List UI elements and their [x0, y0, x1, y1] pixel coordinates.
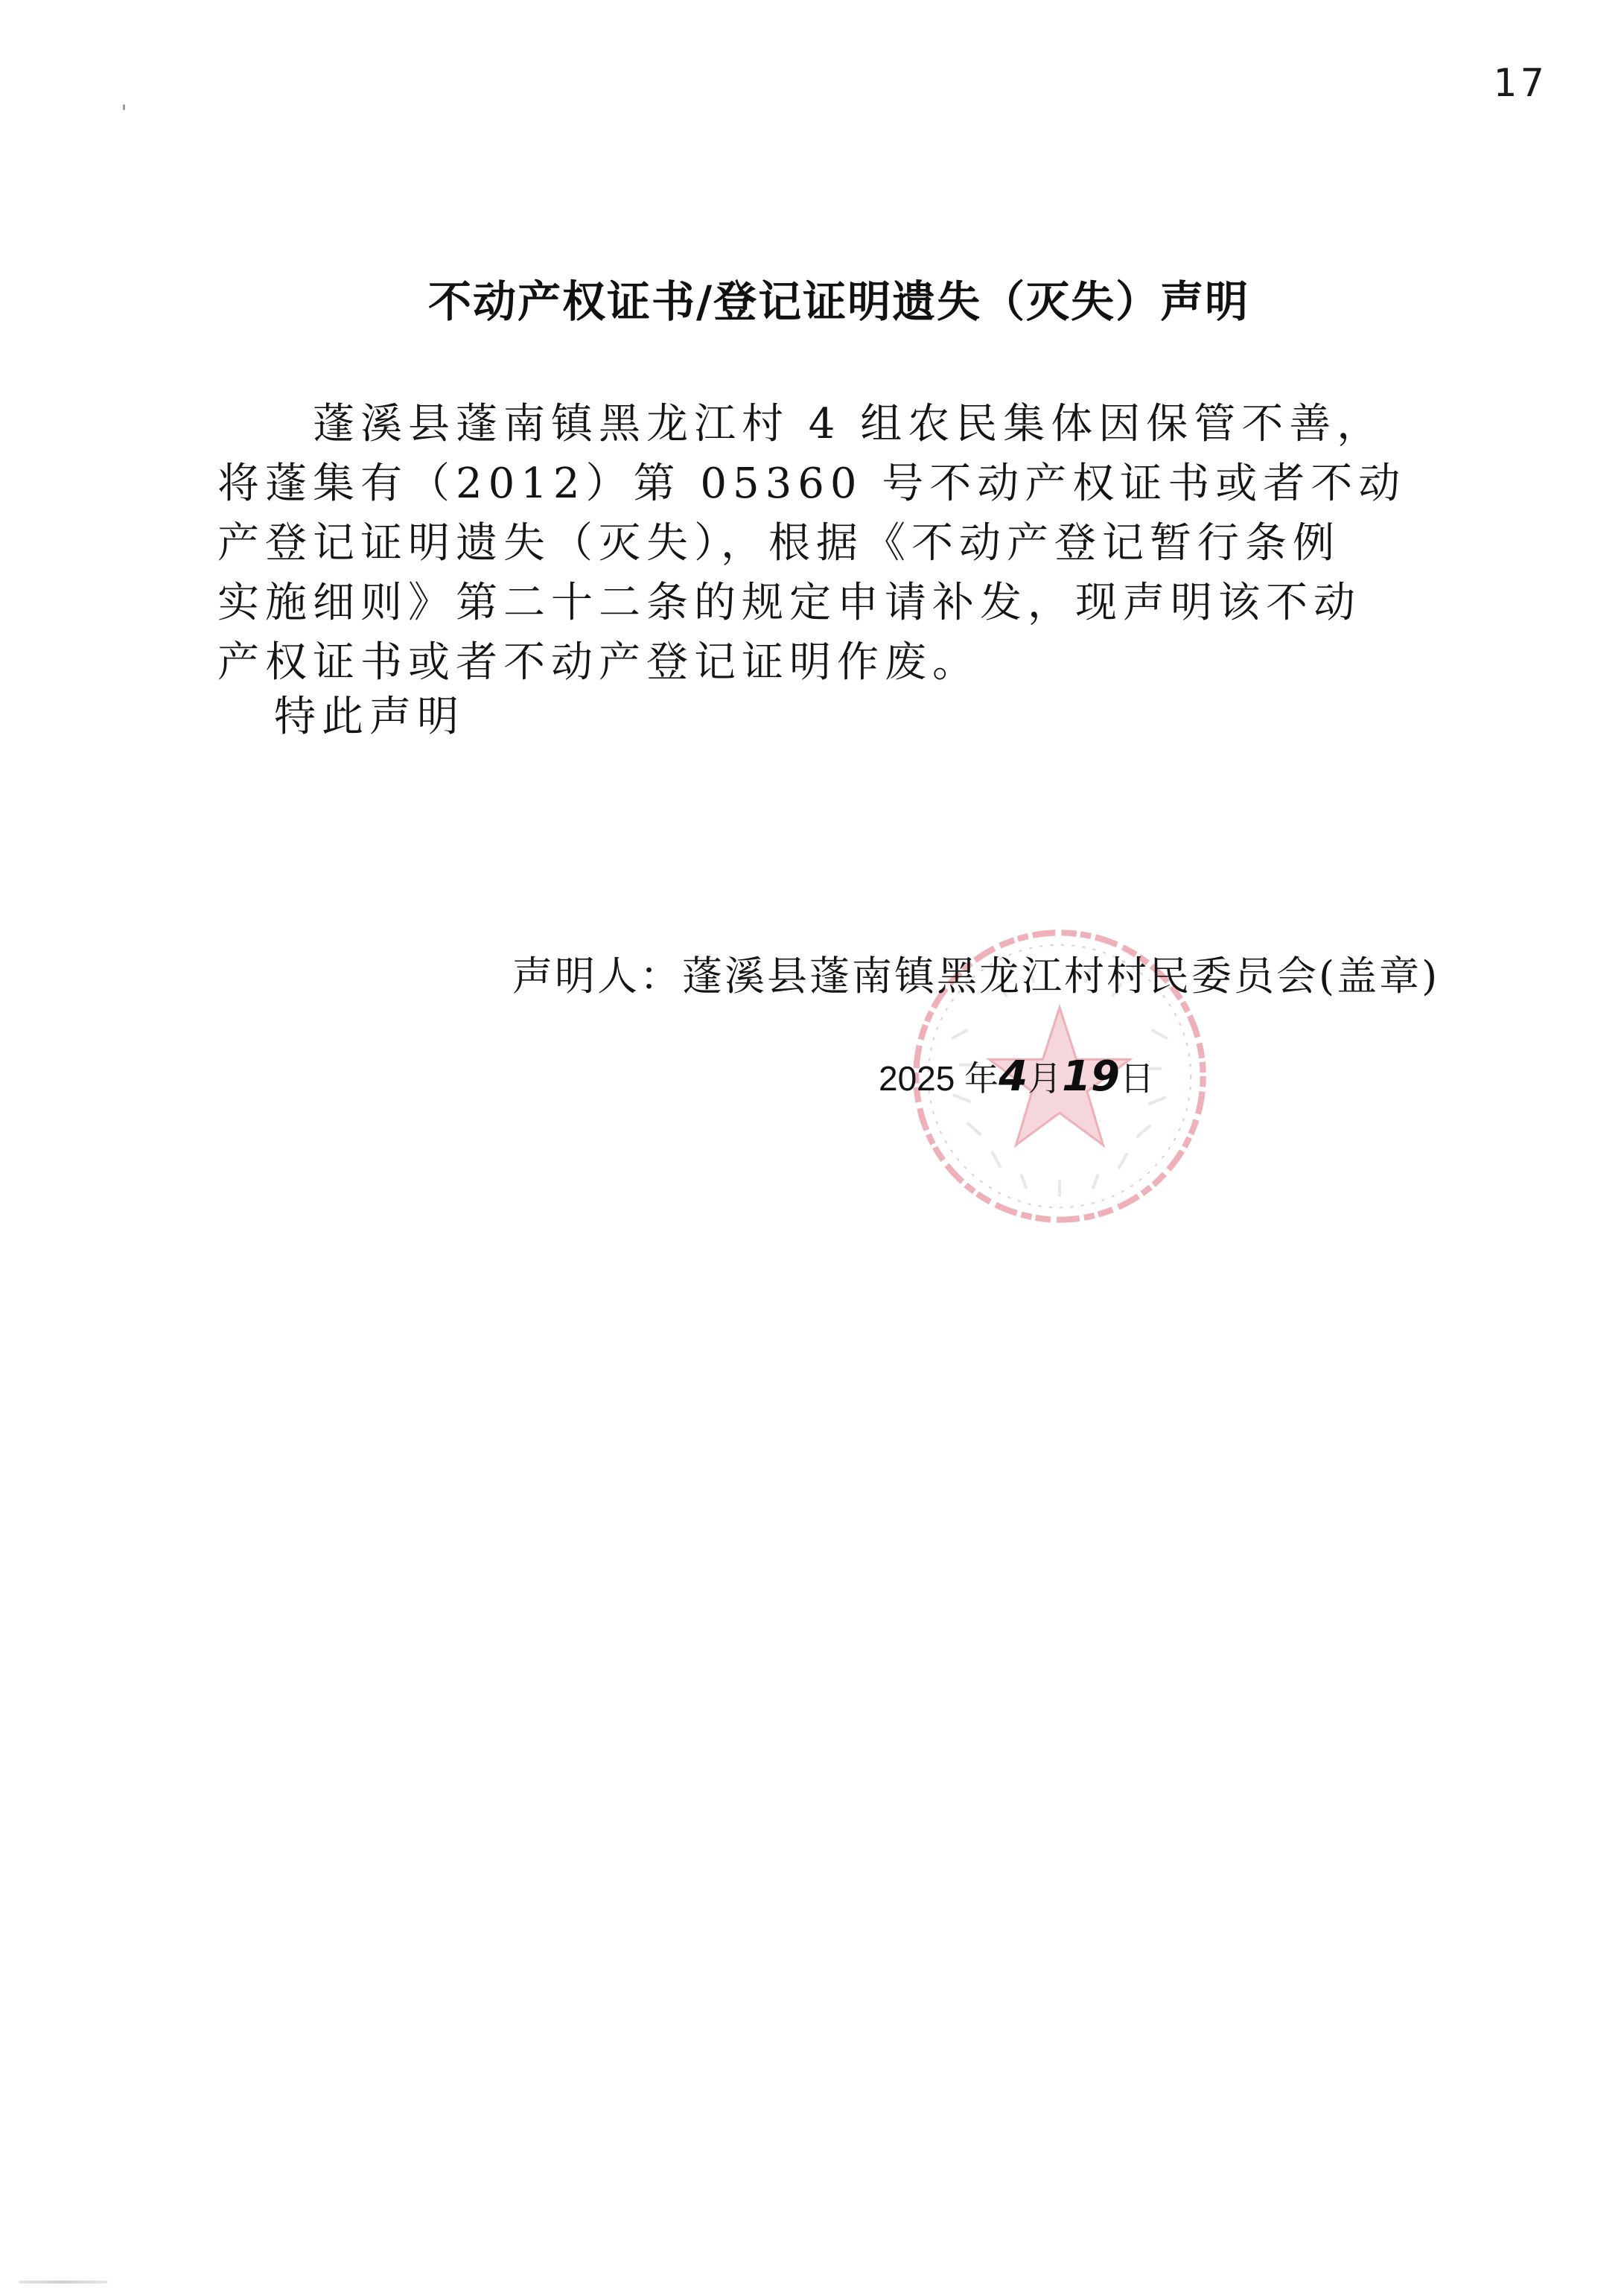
- body-line-2: 将蓬集有（2012）第 05360 号不动产权证书或者不动: [217, 454, 1483, 514]
- date-month-handwritten: 4: [999, 1052, 1028, 1101]
- declaration-date: 2025 年4月19日: [879, 1052, 1154, 1101]
- date-month-suffix: 月: [1028, 1059, 1062, 1098]
- date-day-handwritten: 19: [1062, 1052, 1120, 1101]
- body-line-1: 蓬溪县蓬南镇黑龙江村 4 组农民集体因保管不善，: [217, 395, 1483, 454]
- closing-statement: 特此声明: [274, 684, 465, 743]
- body-line-4: 实施细则》第二十二条的规定申请补发，现声明该不动: [217, 573, 1483, 633]
- document-page: 17 不动产权证书/登记证明遗失（灭失）声明 蓬溪县蓬南镇黑龙江村 4 组农民集…: [0, 0, 1624, 2288]
- scan-speck: [123, 104, 125, 110]
- declaration-body: 蓬溪县蓬南镇黑龙江村 4 组农民集体因保管不善， 将蓬集有（2012）第 053…: [217, 395, 1483, 693]
- date-day-suffix: 日: [1120, 1059, 1154, 1098]
- declarant-signature: 声明人：蓬溪县蓬南镇黑龙江村村民委员会(盖章): [512, 944, 1439, 1002]
- body-line-3: 产登记证明遗失（灭失），根据《不动产登记暂行条例: [217, 514, 1483, 573]
- date-year-suffix: 年: [955, 1059, 999, 1098]
- page-number: 17: [1493, 61, 1549, 106]
- date-year: 2025: [879, 1059, 955, 1098]
- scan-edge-mark: [19, 2281, 108, 2284]
- document-title: 不动产权证书/登记证明遗失（灭失）声明: [428, 267, 1249, 329]
